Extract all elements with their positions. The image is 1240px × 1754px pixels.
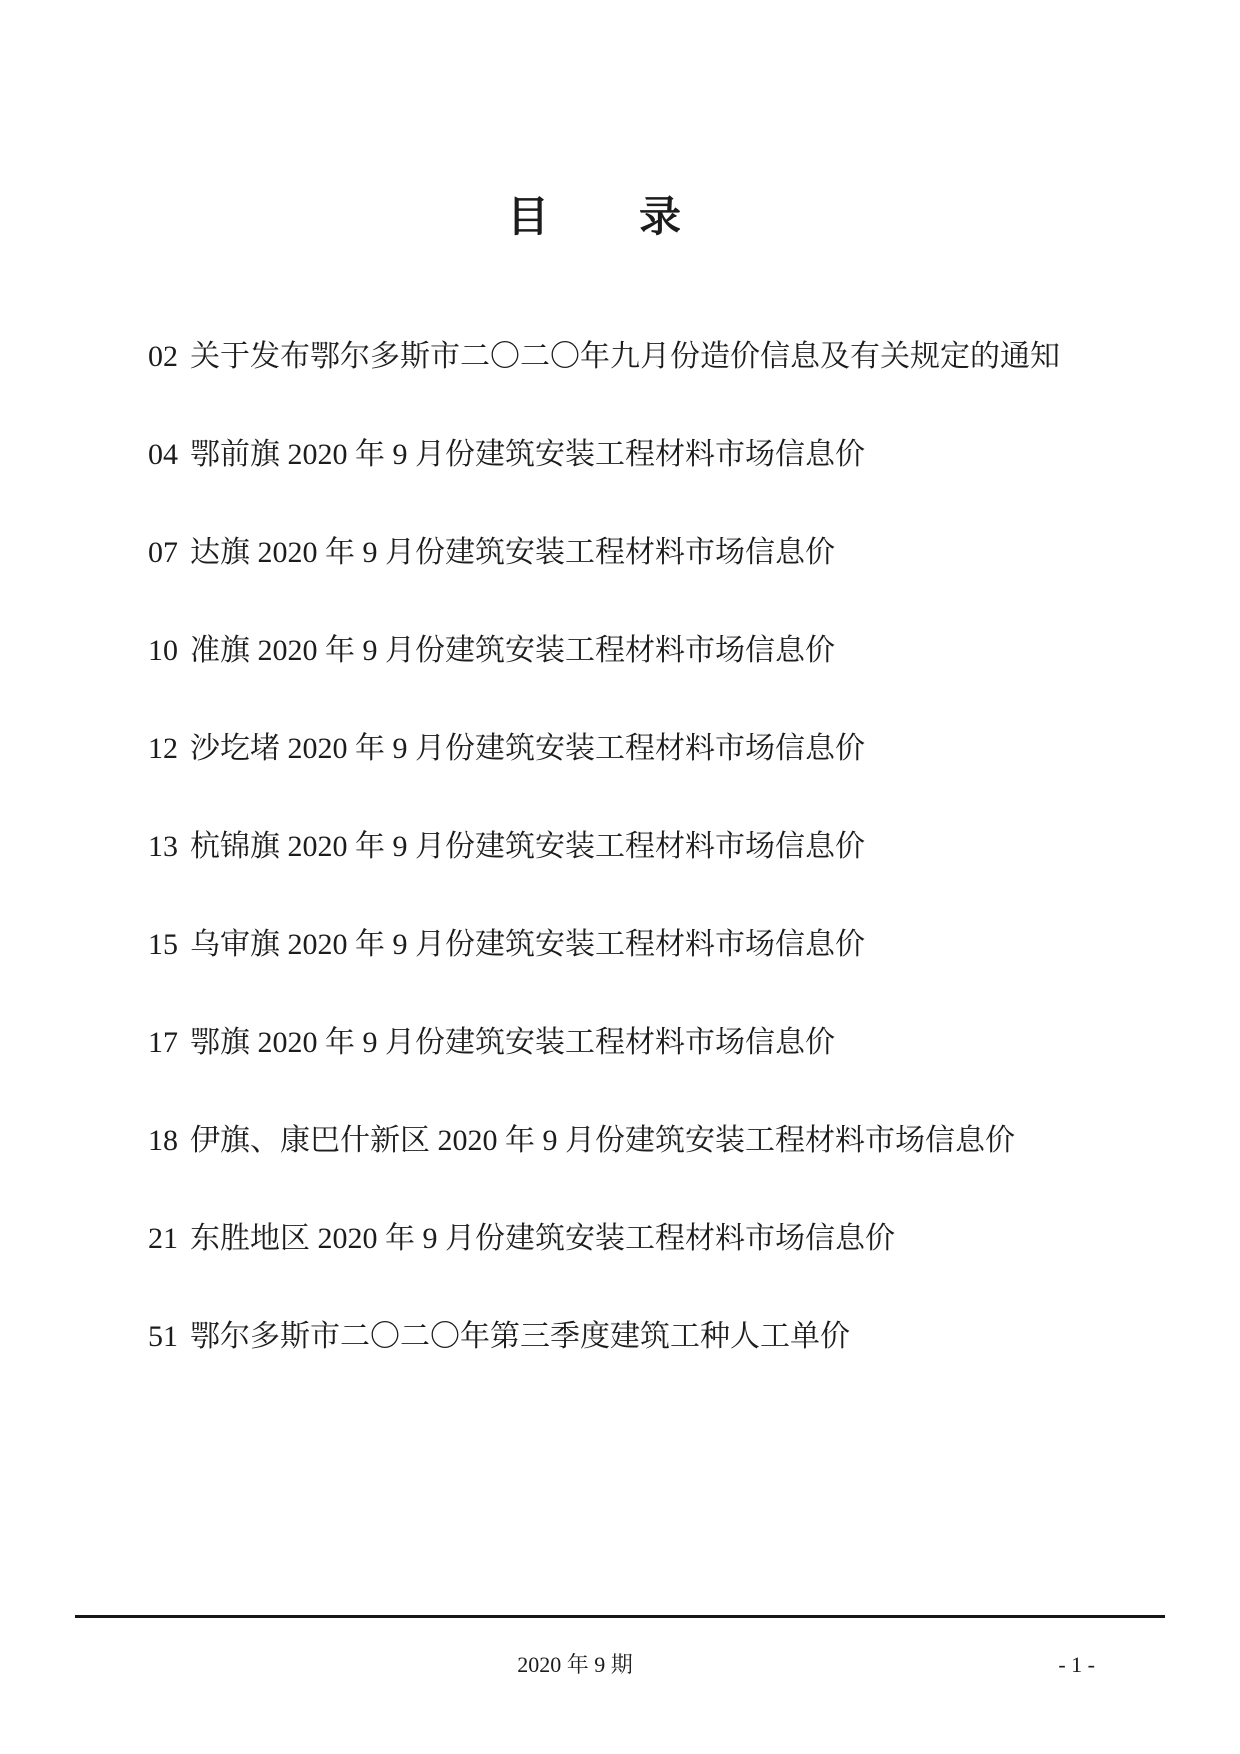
toc-entry-number: 13 [148, 830, 178, 863]
toc-entry-number: 02 [148, 340, 178, 373]
toc-entry: 04鄂前旗 2020 年 9 月份建筑安装工程材料市场信息价 [148, 406, 1240, 504]
toc-entry: 12沙圪堵 2020 年 9 月份建筑安装工程材料市场信息价 [148, 700, 1240, 798]
toc-entry-number: 07 [148, 536, 178, 569]
toc-list: 02关于发布鄂尔多斯市二〇二〇年九月份造价信息及有关规定的通知 04鄂前旗 20… [148, 308, 1240, 1386]
toc-entry-title: 达旗 2020 年 9 月份建筑安装工程材料市场信息价 [190, 536, 835, 569]
toc-entry: 07达旗 2020 年 9 月份建筑安装工程材料市场信息价 [148, 504, 1240, 602]
toc-entry: 21东胜地区 2020 年 9 月份建筑安装工程材料市场信息价 [148, 1190, 1240, 1288]
toc-entry-number: 51 [148, 1320, 178, 1353]
toc-entry: 17鄂旗 2020 年 9 月份建筑安装工程材料市场信息价 [148, 994, 1240, 1092]
toc-entry: 10准旗 2020 年 9 月份建筑安装工程材料市场信息价 [148, 602, 1240, 700]
toc-entry-number: 04 [148, 438, 178, 471]
document-page: 目 录 02关于发布鄂尔多斯市二〇二〇年九月份造价信息及有关规定的通知 04鄂前… [0, 0, 1240, 1754]
toc-entry-number: 21 [148, 1222, 178, 1255]
footer-divider [75, 1615, 1165, 1618]
toc-entry-title: 乌审旗 2020 年 9 月份建筑安装工程材料市场信息价 [190, 928, 865, 961]
toc-entry: 18伊旗、康巴什新区 2020 年 9 月份建筑安装工程材料市场信息价 [148, 1092, 1240, 1190]
page-title: 目 录 [0, 0, 1190, 246]
toc-entry-number: 17 [148, 1026, 178, 1059]
toc-entry-title: 沙圪堵 2020 年 9 月份建筑安装工程材料市场信息价 [190, 732, 865, 765]
toc-entry: 13杭锦旗 2020 年 9 月份建筑安装工程材料市场信息价 [148, 798, 1240, 896]
toc-entry-title: 杭锦旗 2020 年 9 月份建筑安装工程材料市场信息价 [190, 830, 865, 863]
toc-entry-number: 12 [148, 732, 178, 765]
footer-page-number: - 1 - [1058, 1650, 1095, 1680]
toc-entry-title: 关于发布鄂尔多斯市二〇二〇年九月份造价信息及有关规定的通知 [190, 340, 1060, 373]
toc-entry-title: 鄂尔多斯市二〇二〇年第三季度建筑工种人工单价 [190, 1320, 850, 1353]
toc-entry: 02关于发布鄂尔多斯市二〇二〇年九月份造价信息及有关规定的通知 [148, 308, 1240, 406]
toc-entry-title: 东胜地区 2020 年 9 月份建筑安装工程材料市场信息价 [190, 1222, 895, 1255]
toc-entry-number: 15 [148, 928, 178, 961]
toc-entry: 51鄂尔多斯市二〇二〇年第三季度建筑工种人工单价 [148, 1288, 1240, 1386]
toc-entry-number: 18 [148, 1124, 178, 1157]
toc-entry-title: 准旗 2020 年 9 月份建筑安装工程材料市场信息价 [190, 634, 835, 667]
toc-entry-title: 鄂旗 2020 年 9 月份建筑安装工程材料市场信息价 [190, 1026, 835, 1059]
footer-issue-label: 2020 年 9 期 [0, 1650, 1150, 1680]
toc-entry-title: 伊旗、康巴什新区 2020 年 9 月份建筑安装工程材料市场信息价 [190, 1124, 1015, 1157]
toc-entry-number: 10 [148, 634, 178, 667]
toc-entry-title: 鄂前旗 2020 年 9 月份建筑安装工程材料市场信息价 [190, 438, 865, 471]
toc-entry: 15乌审旗 2020 年 9 月份建筑安装工程材料市场信息价 [148, 896, 1240, 994]
